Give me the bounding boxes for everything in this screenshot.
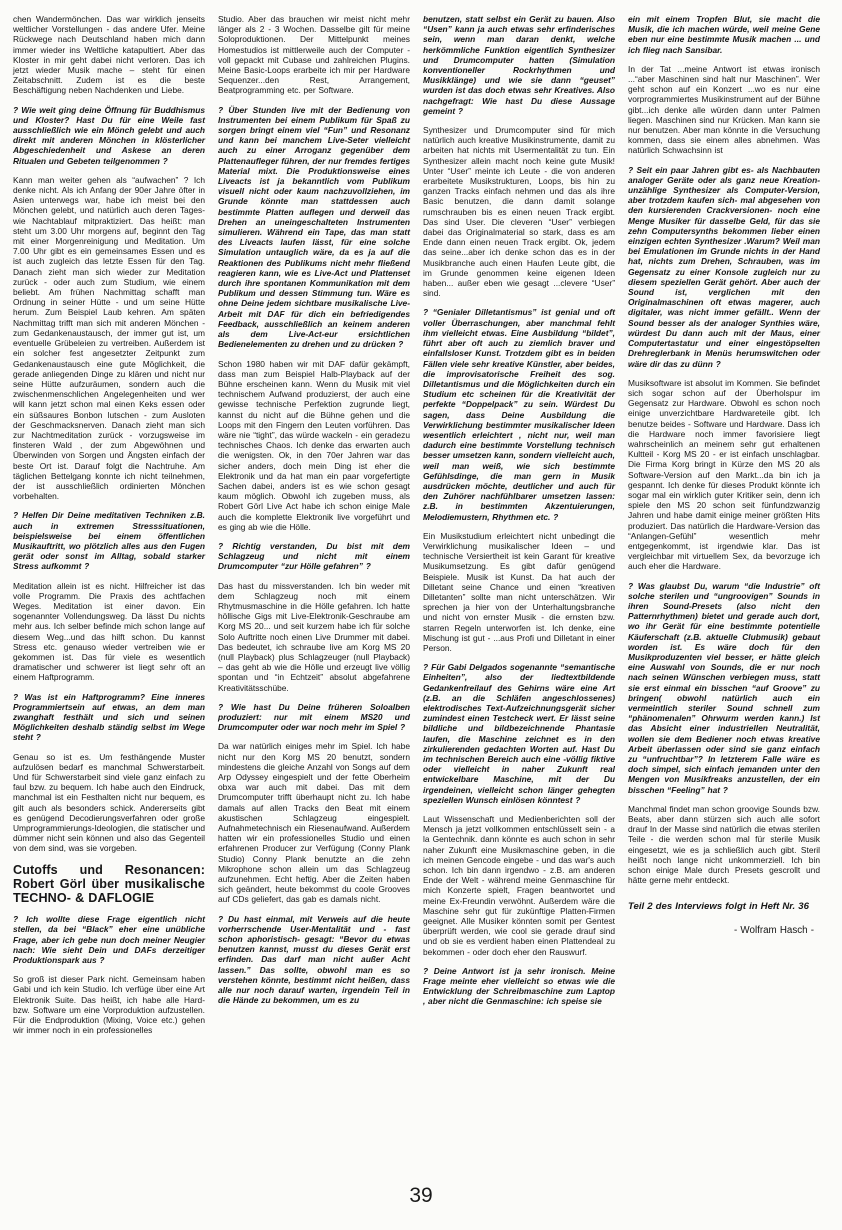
body-paragraph: Ein Musikstudium erleichtert nicht unbed…: [423, 531, 615, 653]
closing-note: Teil 2 des Interviews folgt in Heft Nr. …: [628, 901, 820, 913]
body-paragraph: Studio. Aber das brauchen wir meist nich…: [218, 14, 410, 96]
body-paragraph: chen Wandermönchen. Das war wirklich jen…: [13, 14, 205, 96]
body-paragraph: Genau so ist es. Um festhängende Muster …: [13, 752, 205, 854]
column-4: ein mit einem Tropfen Blut, sie macht di…: [628, 14, 820, 1044]
question-paragraph: benutzen, statt selbst ein Gerät zu baue…: [423, 14, 615, 116]
magazine-page: chen Wandermönchen. Das war wirklich jen…: [0, 0, 842, 1230]
question-paragraph: ? Du hast einmal, mit Verweis auf die he…: [218, 914, 410, 1006]
page-number: 39: [0, 1184, 842, 1208]
question-paragraph: ? Für Gabi Delgados sogenannte “semantis…: [423, 662, 615, 805]
question-paragraph: ? Ich wollte diese Frage eigentlich nich…: [13, 914, 205, 965]
column-2: Studio. Aber das brauchen wir meist nich…: [218, 14, 410, 1044]
page-columns: chen Wandermönchen. Das war wirklich jen…: [13, 14, 820, 1044]
author-signature: - Wolfram Hasch -: [628, 925, 820, 937]
question-paragraph: ? Was glaubst Du, warum “die Industrie” …: [628, 581, 820, 795]
body-paragraph: Meditation allein ist es nicht. Hilfreic…: [13, 581, 205, 683]
body-paragraph: Synthesizer und Drumcomputer sind für mi…: [423, 125, 615, 298]
question-paragraph: ? Deine Antwort ist ja sehr ironisch. Me…: [423, 966, 615, 1007]
question-paragraph: ? Über Stunden live mit der Bedienung vo…: [218, 105, 410, 350]
question-paragraph: ? Richtig verstanden, Du bist mit dem Sc…: [218, 541, 410, 572]
question-paragraph: ? Helfen Dir Deine meditativen Techniken…: [13, 510, 205, 571]
question-paragraph: ? Seit ein paar Jahren gibt es- als Nach…: [628, 165, 820, 369]
body-paragraph: Manchmal findet man schon groovige Sound…: [628, 804, 820, 886]
body-paragraph: Laut Wissenschaft und Medienberichten so…: [423, 814, 615, 957]
body-paragraph: Musiksoftware ist absolut im Kommen. Sie…: [628, 378, 820, 572]
body-paragraph: Da war natürlich einiges mehr im Spiel. …: [218, 741, 410, 904]
question-paragraph: ? Was ist ein Haftprogramm? Eine inneres…: [13, 692, 205, 743]
body-paragraph: Schon 1980 haben wir mit DAF dafür gekäm…: [218, 359, 410, 532]
question-paragraph: ? “Genialer Dilletantismus” ist genial u…: [423, 307, 615, 521]
body-paragraph: Kann man weiter gehen als “aufwachen” ? …: [13, 175, 205, 502]
body-paragraph: Das hast du missverstanden. Ich bin wede…: [218, 581, 410, 693]
body-paragraph: In der Tat ...meine Antwort ist etwas ir…: [628, 64, 820, 156]
column-1: chen Wandermönchen. Das war wirklich jen…: [13, 14, 205, 1044]
question-paragraph: ein mit einem Tropfen Blut, sie macht di…: [628, 14, 820, 55]
body-paragraph: So groß ist dieser Park nicht. Gemeinsam…: [13, 974, 205, 1035]
column-3: benutzen, statt selbst ein Gerät zu baue…: [423, 14, 615, 1044]
article-headline: Cutoffs und Resonancen: Robert Görl über…: [13, 863, 205, 906]
question-paragraph: ? Wie hast Du Deine früheren Soloalben p…: [218, 702, 410, 733]
question-paragraph: ? Wie weit ging deine Öffnung für Buddhi…: [13, 105, 205, 166]
